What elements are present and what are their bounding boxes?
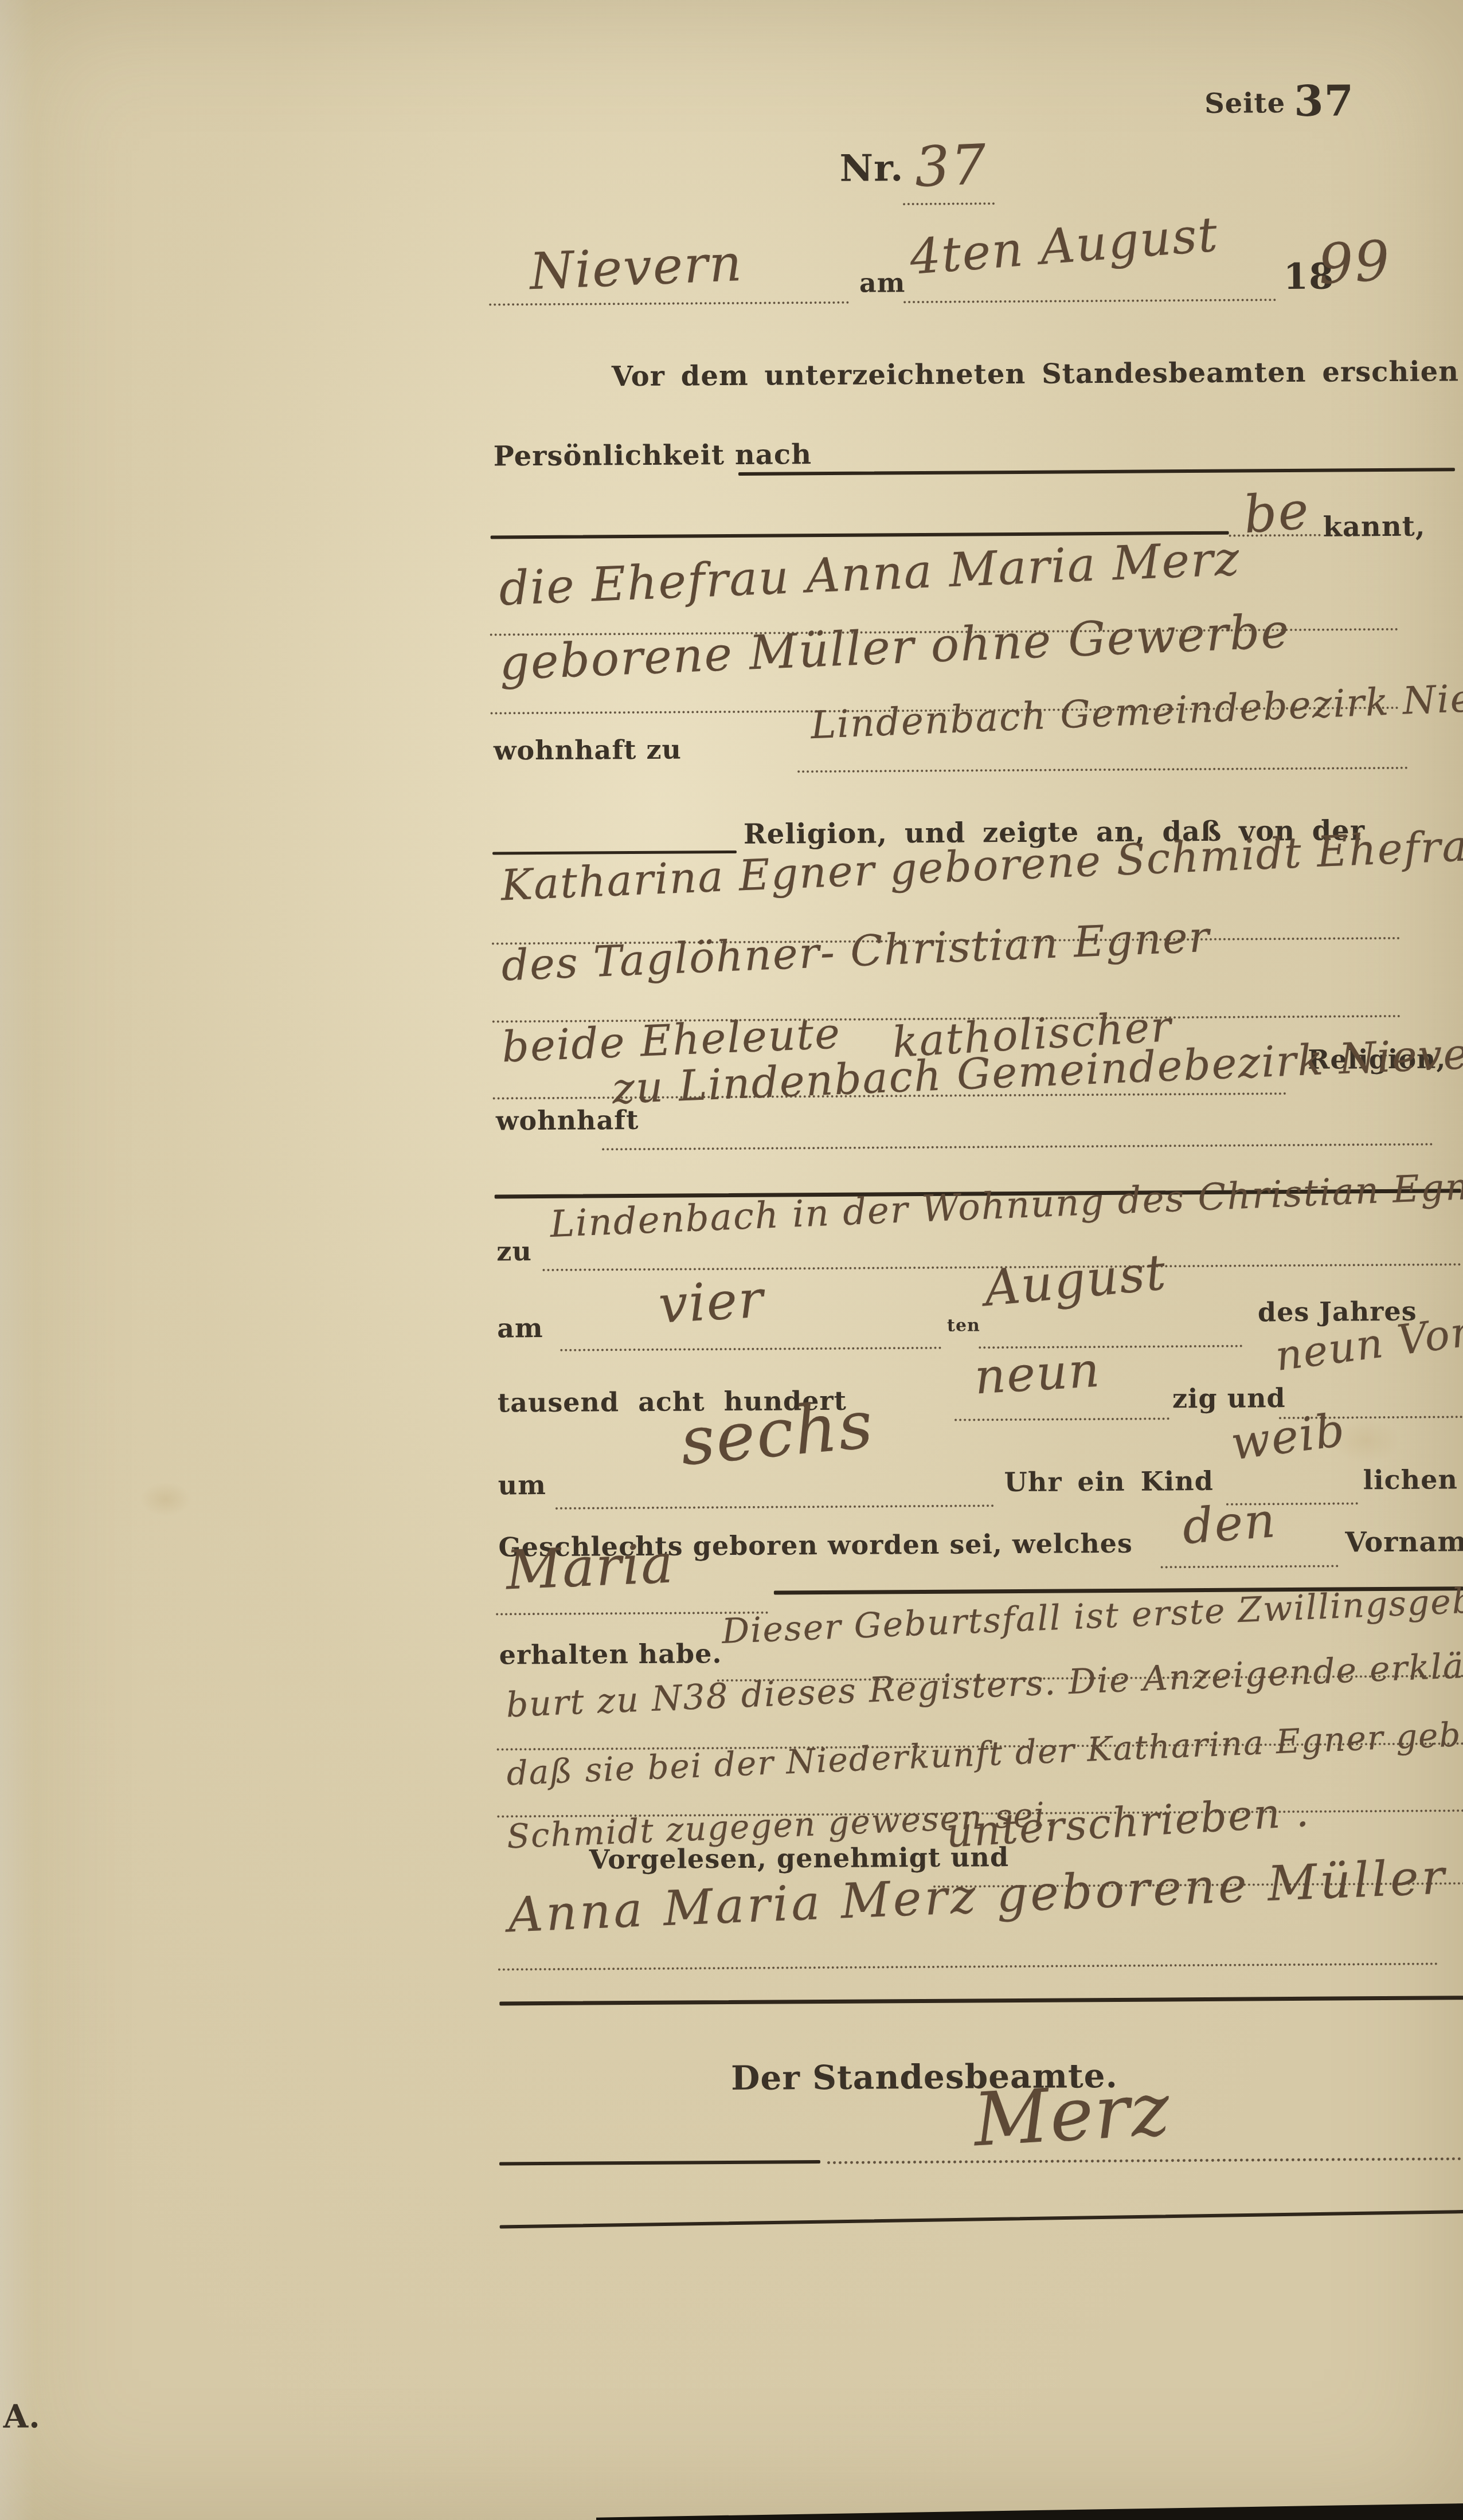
year-tens-underline (955, 1417, 1169, 1421)
erhalten-label: erhalten habe. (499, 1638, 722, 1670)
record-date: 4ten August (908, 206, 1221, 285)
blank-rule (738, 468, 1455, 476)
persoenlichkeit-label: Persönlichkeit nach (494, 438, 812, 472)
informant-residence-underline (797, 767, 1408, 773)
recognized-hw: be (1242, 480, 1312, 545)
registrar-rule-dotted (827, 2157, 1463, 2164)
date-underline (903, 299, 1276, 303)
closing-rule (499, 1996, 1463, 2005)
signature-underline (498, 1962, 1438, 1970)
am-label: am (859, 267, 906, 298)
record-no-value: 37 (913, 132, 988, 199)
mother-residence-underline (602, 1143, 1433, 1151)
informant-residence-label: wohnhaft zu (494, 734, 682, 766)
recognized-printed: kannt, (1323, 511, 1425, 543)
birth-place-label: zu (496, 1236, 532, 1267)
closing-note3: daß sie bei der Niederkunft der Katharin… (506, 1710, 1463, 1793)
birth-month: August (982, 1244, 1169, 1318)
registrar-rule-bottom (500, 2210, 1463, 2229)
informant-line2: geborene Müller ohne Gewerbe (498, 604, 1290, 691)
vornamen-label: Vornamen (1345, 1526, 1463, 1559)
year-tens: neun (973, 1342, 1102, 1405)
intro-line: Vor dem unterzeichneten Standesbeamten e… (612, 354, 1463, 393)
register-page: Seite 37 Nr. 37 Nievern am 4ten August 1… (0, 0, 1463, 2520)
article-underline (1161, 1565, 1339, 1569)
page-content: Seite 37 Nr. 37 Nievern am 4ten August 1… (0, 0, 1463, 2520)
registrar-signature: Merz (971, 2067, 1173, 2164)
mother-line2: des Taglöhner- Christian Egner (500, 912, 1211, 991)
year-label3: zig und (1172, 1382, 1286, 1414)
informant-residence: Lindenbach Gemeindebezirk Nievern (810, 672, 1463, 747)
record-place: Nievern (529, 233, 744, 301)
birth-day-underline (560, 1347, 941, 1351)
paper-stain (140, 1482, 191, 1517)
informant-line1: die Ehefrau Anna Maria Merz (498, 531, 1242, 616)
article-hw: den (1180, 1492, 1278, 1555)
year-handwritten: 99 (1317, 229, 1392, 297)
page-number: 37 (1294, 76, 1355, 126)
birth-place: Lindenbach in der Wohnung des Christian … (549, 1164, 1463, 1246)
sex-suffix: lichen (1363, 1464, 1458, 1495)
birth-day: vier (657, 1269, 766, 1335)
registrar-rule-left (499, 2160, 820, 2165)
birth-day-suffix: ten (947, 1315, 980, 1335)
page-side-label: Seite (1204, 87, 1285, 120)
birth-day-label: am (497, 1312, 543, 1343)
time-label: um (498, 1469, 546, 1501)
child-name: Maria (505, 1533, 676, 1602)
record-no-underline (903, 202, 995, 205)
time-underline (556, 1504, 994, 1510)
place-underline (489, 301, 849, 306)
time-label2: Uhr ein Kind (1004, 1465, 1214, 1498)
margin-mark: A. (3, 2397, 40, 2435)
record-no-label: Nr. (839, 147, 903, 190)
